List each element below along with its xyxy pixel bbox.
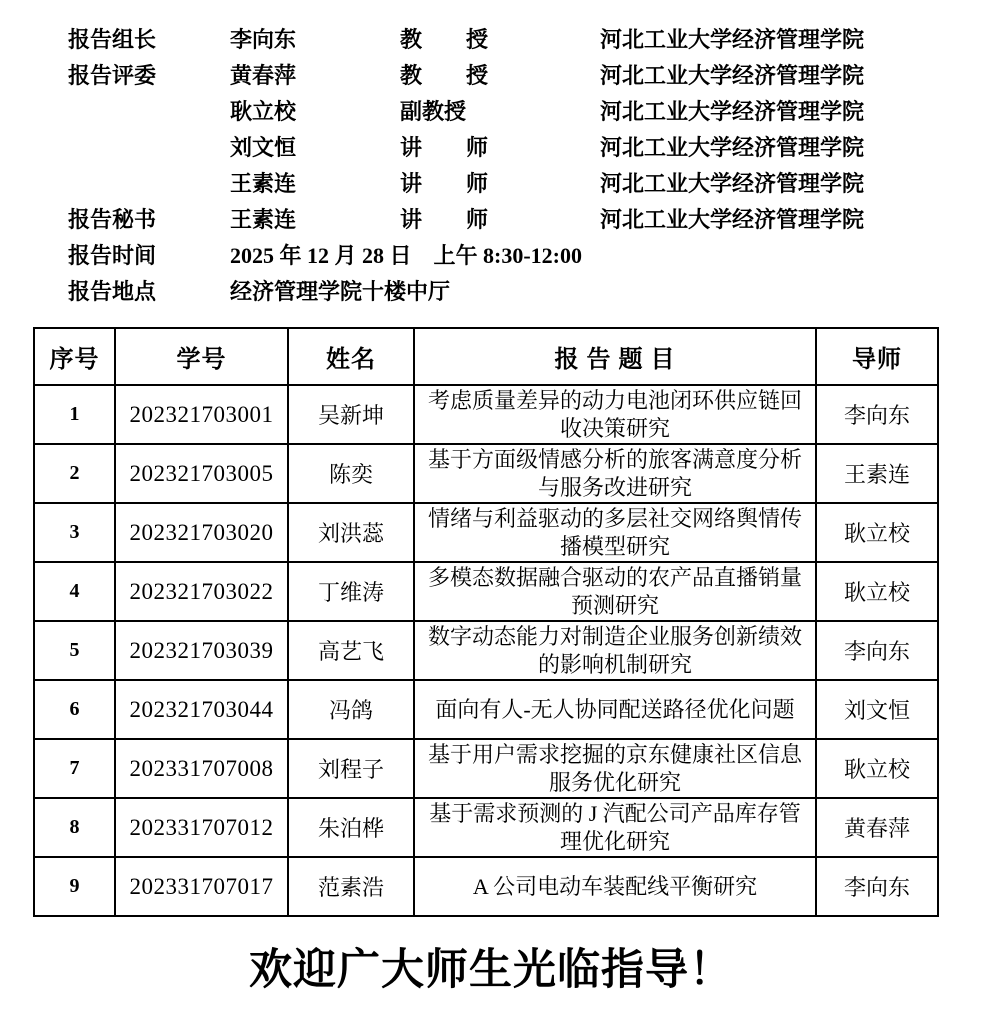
cell-student-name: 刘洪蕊 (288, 503, 414, 562)
cell-report-topic: 基于需求预测的 J 汽配公司产品库存管理优化研究 (414, 798, 816, 857)
cell-student-id: 202321703001 (115, 385, 288, 444)
cell-report-topic: 面向有人-无人协同配送路径优化问题 (414, 680, 816, 739)
committee-member-title: 教 授 (400, 22, 600, 58)
cell-serial-number: 6 (34, 680, 115, 739)
cell-student-id: 202331707017 (115, 857, 288, 916)
committee-row: 刘文恒 讲 师 河北工业大学经济管理学院 (0, 130, 982, 166)
table-header-cell: 姓名 (288, 328, 414, 385)
cell-serial-number: 8 (34, 798, 115, 857)
committee-member-title: 讲 师 (400, 202, 600, 238)
committee-rows: 报告组长 李向东 教 授 河北工业大学经济管理学院 报告评委 黄春萍 教 授 河… (0, 22, 982, 238)
cell-student-name: 朱泊桦 (288, 798, 414, 857)
cell-student-id: 202321703044 (115, 680, 288, 739)
report-place-value: 经济管理学院十楼中厅 (230, 274, 982, 310)
cell-student-id: 202321703005 (115, 444, 288, 503)
table-row: 9 202331707017 范素浩 A 公司电动车装配线平衡研究 李向东 (34, 857, 938, 916)
document-page: { "info": { "rows": [ { "label": "报告组长",… (0, 0, 982, 1021)
cell-mentor-name: 李向东 (816, 857, 938, 916)
committee-member-affiliation: 河北工业大学经济管理学院 (600, 58, 982, 94)
cell-student-name: 丁维涛 (288, 562, 414, 621)
cell-report-topic: 考虑质量差异的动力电池闭环供应链回收决策研究 (414, 385, 816, 444)
committee-member-name: 刘文恒 (230, 130, 400, 166)
cell-student-id: 202321703020 (115, 503, 288, 562)
committee-member-affiliation: 河北工业大学经济管理学院 (600, 166, 982, 202)
committee-member-name: 黄春萍 (230, 58, 400, 94)
table-row: 1 202321703001 吴新坤 考虑质量差异的动力电池闭环供应链回收决策研… (34, 385, 938, 444)
report-info-block: 报告组长 李向东 教 授 河北工业大学经济管理学院 报告评委 黄春萍 教 授 河… (0, 22, 982, 310)
cell-student-name: 陈奕 (288, 444, 414, 503)
welcome-greeting: 欢迎广大师生光临指导！ (0, 941, 982, 1001)
cell-report-topic: 情绪与利益驱动的多层社交网络舆情传播模型研究 (414, 503, 816, 562)
defense-schedule-table: 序号学号姓名报 告 题 目导师 1 202321703001 吴新坤 考虑质量差… (33, 327, 939, 917)
table-row: 8 202331707012 朱泊桦 基于需求预测的 J 汽配公司产品库存管理优… (34, 798, 938, 857)
cell-student-name: 冯鸽 (288, 680, 414, 739)
cell-mentor-name: 黄春萍 (816, 798, 938, 857)
committee-role-label: 报告组长 (68, 22, 230, 58)
committee-role-label: 报告评委 (68, 58, 230, 94)
cell-student-name: 吴新坤 (288, 385, 414, 444)
table-header-cell: 学号 (115, 328, 288, 385)
committee-row: 报告评委 黄春萍 教 授 河北工业大学经济管理学院 (0, 58, 982, 94)
committee-row: 王素连 讲 师 河北工业大学经济管理学院 (0, 166, 982, 202)
committee-row: 报告组长 李向东 教 授 河北工业大学经济管理学院 (0, 22, 982, 58)
committee-member-affiliation: 河北工业大学经济管理学院 (600, 202, 982, 238)
report-place-row: 报告地点 经济管理学院十楼中厅 (0, 274, 982, 310)
committee-role-label: 报告秘书 (68, 202, 230, 238)
committee-member-affiliation: 河北工业大学经济管理学院 (600, 94, 982, 130)
cell-mentor-name: 耿立校 (816, 739, 938, 798)
cell-mentor-name: 李向东 (816, 621, 938, 680)
committee-member-name: 王素连 (230, 202, 400, 238)
committee-member-title: 教 授 (400, 58, 600, 94)
table-header-cell: 序号 (34, 328, 115, 385)
table-header-cell: 报 告 题 目 (414, 328, 816, 385)
cell-mentor-name: 耿立校 (816, 562, 938, 621)
table-row: 6 202321703044 冯鸽 面向有人-无人协同配送路径优化问题 刘文恒 (34, 680, 938, 739)
table-row: 5 202321703039 高艺飞 数字动态能力对制造企业服务创新绩效的影响机… (34, 621, 938, 680)
cell-mentor-name: 耿立校 (816, 503, 938, 562)
cell-student-id: 202321703039 (115, 621, 288, 680)
table-header-cell: 导师 (816, 328, 938, 385)
cell-student-id: 202331707012 (115, 798, 288, 857)
cell-mentor-name: 王素连 (816, 444, 938, 503)
cell-student-name: 高艺飞 (288, 621, 414, 680)
cell-mentor-name: 李向东 (816, 385, 938, 444)
table-row: 4 202321703022 丁维涛 多模态数据融合驱动的农产品直播销量预测研究… (34, 562, 938, 621)
report-time-value: 2025 年 12 月 28 日 上午 8:30-12:00 (230, 238, 982, 274)
committee-member-affiliation: 河北工业大学经济管理学院 (600, 22, 982, 58)
committee-role-label (68, 166, 230, 202)
report-place-label: 报告地点 (68, 274, 230, 310)
cell-serial-number: 4 (34, 562, 115, 621)
table-row: 7 202331707008 刘程子 基于用户需求挖掘的京东健康社区信息服务优化… (34, 739, 938, 798)
committee-member-title: 讲 师 (400, 130, 600, 166)
committee-member-name: 王素连 (230, 166, 400, 202)
cell-student-id: 202321703022 (115, 562, 288, 621)
report-time-label: 报告时间 (68, 238, 230, 274)
cell-serial-number: 7 (34, 739, 115, 798)
cell-student-id: 202331707008 (115, 739, 288, 798)
cell-serial-number: 9 (34, 857, 115, 916)
cell-report-topic: 基于方面级情感分析的旅客满意度分析与服务改进研究 (414, 444, 816, 503)
table-header-row: 序号学号姓名报 告 题 目导师 (34, 328, 938, 385)
cell-mentor-name: 刘文恒 (816, 680, 938, 739)
committee-member-affiliation: 河北工业大学经济管理学院 (600, 130, 982, 166)
committee-member-name: 耿立校 (230, 94, 400, 130)
cell-serial-number: 5 (34, 621, 115, 680)
committee-member-title: 副教授 (400, 94, 600, 130)
committee-member-name: 李向东 (230, 22, 400, 58)
cell-student-name: 范素浩 (288, 857, 414, 916)
committee-row: 耿立校 副教授 河北工业大学经济管理学院 (0, 94, 982, 130)
cell-serial-number: 1 (34, 385, 115, 444)
cell-report-topic: A 公司电动车装配线平衡研究 (414, 857, 816, 916)
committee-member-title: 讲 师 (400, 166, 600, 202)
table-row: 2 202321703005 陈奕 基于方面级情感分析的旅客满意度分析与服务改进… (34, 444, 938, 503)
cell-report-topic: 数字动态能力对制造企业服务创新绩效的影响机制研究 (414, 621, 816, 680)
cell-report-topic: 基于用户需求挖掘的京东健康社区信息服务优化研究 (414, 739, 816, 798)
cell-serial-number: 3 (34, 503, 115, 562)
report-time-row: 报告时间 2025 年 12 月 28 日 上午 8:30-12:00 (0, 238, 982, 274)
cell-report-topic: 多模态数据融合驱动的农产品直播销量预测研究 (414, 562, 816, 621)
committee-row: 报告秘书 王素连 讲 师 河北工业大学经济管理学院 (0, 202, 982, 238)
committee-role-label (68, 94, 230, 130)
cell-student-name: 刘程子 (288, 739, 414, 798)
table-row: 3 202321703020 刘洪蕊 情绪与利益驱动的多层社交网络舆情传播模型研… (34, 503, 938, 562)
committee-role-label (68, 130, 230, 166)
cell-serial-number: 2 (34, 444, 115, 503)
